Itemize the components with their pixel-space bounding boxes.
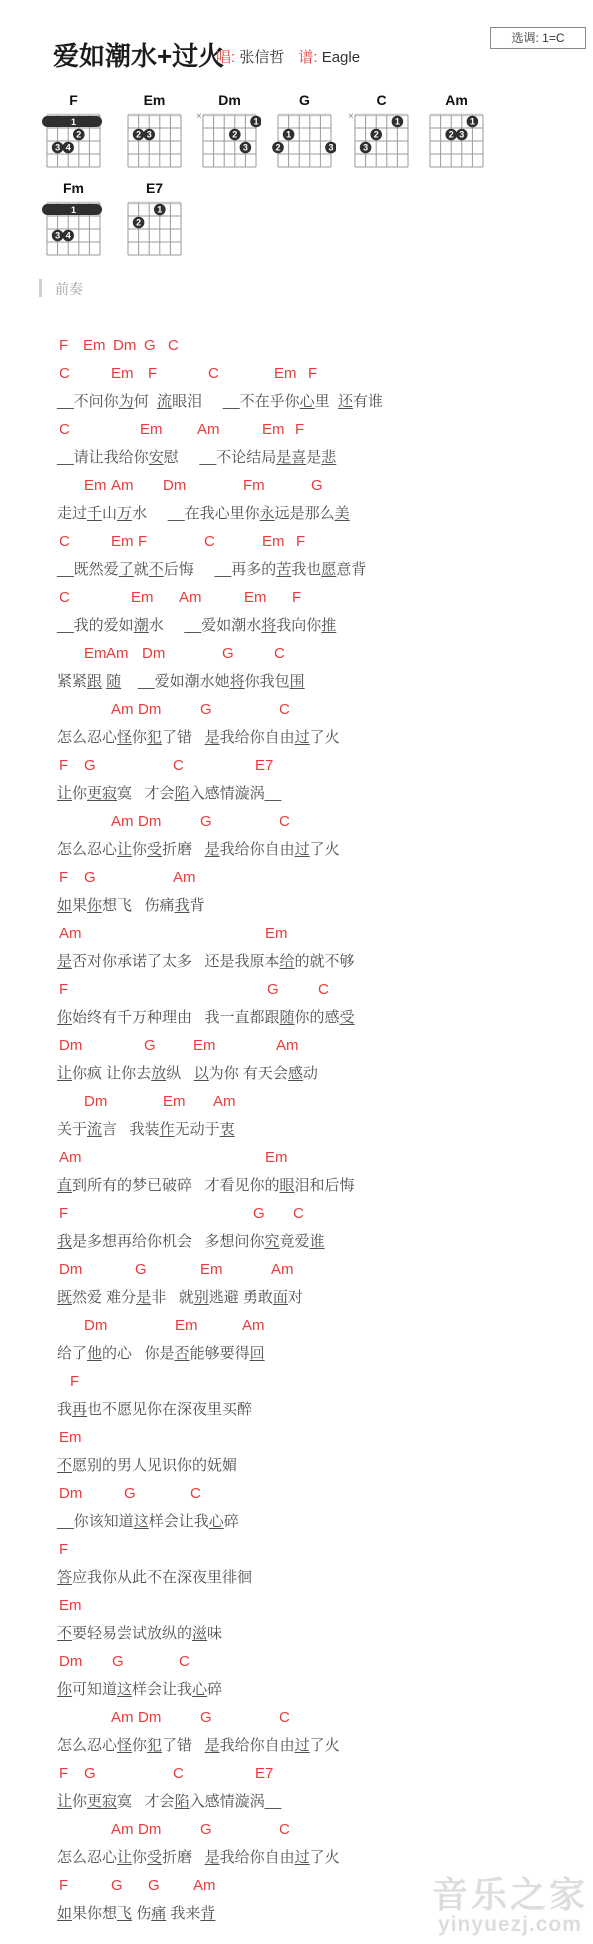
chord-C: C bbox=[279, 808, 290, 836]
lyric-segment: 悲 bbox=[321, 449, 336, 466]
transpose-key-button[interactable]: 选调: 1=C bbox=[490, 27, 586, 49]
chord-Am: Am bbox=[106, 640, 129, 668]
svg-text:2: 2 bbox=[275, 143, 280, 153]
chord-C: C bbox=[59, 360, 70, 388]
lyric-segment: 怎么忍心 bbox=[57, 1849, 117, 1866]
lyric-segment: 竟爱 bbox=[280, 1233, 310, 1250]
chord-diagram-G: G123 bbox=[270, 92, 336, 170]
svg-text:2: 2 bbox=[136, 218, 141, 228]
lyric-segment: 陷 bbox=[175, 785, 190, 802]
chord-G: G bbox=[112, 1648, 124, 1676]
svg-text:1: 1 bbox=[253, 117, 258, 127]
svg-text:E7: E7 bbox=[146, 180, 163, 196]
lyric-line: 怎么忍心怪你犯了错 是我给你自由过了火 bbox=[0, 724, 593, 752]
lyric-segment: 折磨 bbox=[162, 841, 205, 858]
lyric-segment: 陷 bbox=[175, 1793, 190, 1810]
chord-Em: Em bbox=[175, 1312, 198, 1340]
lyric-segment: 给了 bbox=[57, 1345, 87, 1362]
chord-Em: Em bbox=[111, 360, 134, 388]
lyric-segment: 了火 bbox=[310, 1849, 340, 1866]
lyric-segment: 让 bbox=[117, 1849, 132, 1866]
lyric-segment: 过 bbox=[295, 1737, 310, 1754]
chord-F: F bbox=[59, 1200, 68, 1228]
chord-Dm: Dm bbox=[138, 808, 161, 836]
svg-text:2: 2 bbox=[374, 130, 379, 140]
chord-line: F bbox=[0, 1368, 593, 1396]
lyric-segment: 是 bbox=[205, 841, 220, 858]
lyric-segment: 你 bbox=[132, 1849, 147, 1866]
chord-G: G bbox=[253, 1200, 265, 1228]
chord-C: C bbox=[279, 1816, 290, 1844]
svg-text:2: 2 bbox=[232, 130, 237, 140]
lyric-segment: 过 bbox=[295, 841, 310, 858]
lyric-segment: 滋 bbox=[192, 1625, 207, 1642]
lyric-segment: 更寂 bbox=[87, 1793, 117, 1810]
lyric-segment: 你疯 让你去 bbox=[72, 1065, 151, 1082]
lyric-segment: 紧紧 bbox=[57, 673, 87, 690]
lyric-segment: 有谁 bbox=[353, 393, 383, 410]
lyric-segment: 别 bbox=[194, 1289, 209, 1306]
lyric-segment: 美 bbox=[335, 505, 350, 522]
chord-C: C bbox=[204, 528, 215, 556]
lyric-line: __请让我给你安慰 __不论结局是喜是悲 bbox=[0, 444, 593, 472]
lyric-segment: 这 bbox=[117, 1681, 132, 1698]
lyric-segment: 你 bbox=[72, 1793, 87, 1810]
chord-Dm: Dm bbox=[138, 1816, 161, 1844]
lyric-segment: 关于 bbox=[57, 1121, 87, 1138]
lyric-segment: 我 bbox=[57, 1401, 72, 1418]
lyric-segment: 样会让我 bbox=[149, 1513, 209, 1530]
lyric-segment: 言 我装 bbox=[102, 1121, 160, 1138]
lyric-segment: 让 bbox=[57, 1793, 72, 1810]
lyric-segment: 了错 bbox=[162, 729, 205, 746]
chord-F: F bbox=[59, 1536, 68, 1564]
chord-G: G bbox=[200, 1704, 212, 1732]
chord-line: AmDmGC bbox=[0, 1816, 593, 1844]
chord-Em: Em bbox=[59, 1592, 82, 1620]
lyric-segment: 的就不够 bbox=[295, 953, 355, 970]
chord-F: F bbox=[59, 864, 68, 892]
chord-Dm: Dm bbox=[113, 332, 136, 360]
lyric-segment: 你我包 bbox=[245, 673, 290, 690]
svg-text:Em: Em bbox=[144, 92, 166, 108]
chord-F: F bbox=[59, 1872, 68, 1900]
lyric-segment: 要轻易尝试放纵的 bbox=[72, 1625, 192, 1642]
lyric-line: 如果你想飞 伤痛我背 bbox=[0, 892, 593, 920]
chord-Em: Em bbox=[193, 1032, 216, 1060]
lyric-segment: 可知道 bbox=[72, 1681, 117, 1698]
chord-C: C bbox=[173, 752, 184, 780]
lyric-line: __既然爱了就不后悔 __再多的苦我也愿意背 bbox=[0, 556, 593, 584]
chord-F: F bbox=[138, 528, 147, 556]
chord-Fm: Fm bbox=[243, 472, 265, 500]
chord-diagram-Fm: Fm134 bbox=[39, 180, 105, 258]
lyric-segment: 意背 bbox=[336, 561, 366, 578]
svg-text:1: 1 bbox=[157, 205, 162, 215]
lyric-segment: 伤 bbox=[132, 1905, 151, 1922]
lyric-segment: 心 bbox=[192, 1681, 207, 1698]
lyric-segment: 将 bbox=[230, 673, 245, 690]
chord-line: AmDmGC bbox=[0, 696, 593, 724]
lyric-segment: 是多想再给你机会 多想问你 bbox=[72, 1233, 265, 1250]
lyric-segment: 万 bbox=[117, 505, 132, 522]
chord-diagram-Am: Am123 bbox=[422, 92, 488, 170]
lyric-segment: 也不愿见你在深夜里买醉 bbox=[87, 1401, 252, 1418]
lyric-segment: 纵 bbox=[166, 1065, 194, 1082]
chord-line: FGC bbox=[0, 1200, 593, 1228]
lyric-segment: 心 bbox=[209, 1513, 224, 1530]
lyric-line: 直到所有的梦已破碎 才看见你的眼泪和后悔 bbox=[0, 1172, 593, 1200]
chord-F: F bbox=[59, 976, 68, 1004]
chord-Em: Em bbox=[83, 332, 106, 360]
lyric-segment: __不问你 bbox=[57, 393, 119, 410]
lyric-segment: 始终有千万种理由 我一直都跟 bbox=[72, 1009, 280, 1026]
chord-Dm: Dm bbox=[59, 1032, 82, 1060]
chord-G: G bbox=[267, 976, 279, 1004]
chord-G: G bbox=[135, 1256, 147, 1284]
chord-G: G bbox=[111, 1872, 123, 1900]
chord-C: C bbox=[293, 1200, 304, 1228]
svg-text:Fm: Fm bbox=[63, 180, 84, 196]
lyric-segment: 碎 bbox=[224, 1513, 239, 1530]
chord-Am: Am bbox=[213, 1088, 236, 1116]
chord-line: DmEmAm bbox=[0, 1088, 593, 1116]
chord-C: C bbox=[190, 1480, 201, 1508]
svg-text:3: 3 bbox=[147, 130, 152, 140]
lyric-segment: 潮 bbox=[134, 617, 149, 634]
chord-line: CEmAmEmF bbox=[0, 584, 593, 612]
chord-C: C bbox=[279, 696, 290, 724]
chord-Am: Am bbox=[179, 584, 202, 612]
lyric-segment: 我给你自由 bbox=[220, 1849, 295, 1866]
lyric-segment: 走过 bbox=[57, 505, 87, 522]
lyric-segment: 再 bbox=[72, 1401, 87, 1418]
chord-F: F bbox=[296, 528, 305, 556]
svg-text:4: 4 bbox=[66, 143, 71, 153]
chord-line: CEmAmEmF bbox=[0, 416, 593, 444]
lyric-segment: 我给你自由 bbox=[220, 841, 295, 858]
chord-Em: Em bbox=[111, 528, 134, 556]
chord-line: DmGC bbox=[0, 1480, 593, 1508]
svg-text:4: 4 bbox=[66, 231, 71, 241]
lyric-segment: 永 bbox=[260, 505, 275, 522]
chord-Dm: Dm bbox=[138, 1704, 161, 1732]
watermark: 音乐之家 yinyuezj.com bbox=[432, 1876, 588, 1936]
lyric-segment: 我 bbox=[57, 1233, 72, 1250]
lyric-segment: 逃避 勇敢 bbox=[209, 1289, 273, 1306]
svg-text:3: 3 bbox=[55, 231, 60, 241]
lyric-segment: 怎么忍心 bbox=[57, 841, 117, 858]
lyric-segment: 让 bbox=[57, 1065, 72, 1082]
lyric-segment: 了错 bbox=[162, 1737, 205, 1754]
chord-C: C bbox=[168, 332, 179, 360]
lyric-segment: 让 bbox=[57, 785, 72, 802]
lyric-segment: 飞 bbox=[117, 1905, 132, 1922]
chord-F: F bbox=[295, 416, 304, 444]
svg-text:2: 2 bbox=[449, 130, 454, 140]
lyric-segment: 安 bbox=[149, 449, 164, 466]
chord-line: CEmFCEmF bbox=[0, 360, 593, 388]
lyric-segment: 是 bbox=[205, 729, 220, 746]
chord-C: C bbox=[59, 528, 70, 556]
lyric-segment: 眼泪 __不在乎你 bbox=[172, 393, 300, 410]
lyric-segment: 是 bbox=[306, 449, 321, 466]
chord-line: FGAm bbox=[0, 864, 593, 892]
chord-E7: E7 bbox=[255, 1760, 273, 1788]
lyric-segment: 后悔 __再多的 bbox=[164, 561, 277, 578]
lyric-line: 给了他的心 你是否能够要得回 bbox=[0, 1340, 593, 1368]
lyric-segment: 是 bbox=[57, 953, 72, 970]
svg-text:1: 1 bbox=[470, 117, 475, 127]
chord-Dm: Dm bbox=[84, 1312, 107, 1340]
lyric-segment: 应我你从此不在深夜里徘徊 bbox=[72, 1569, 252, 1586]
lyric-segment: 背 bbox=[200, 1905, 215, 1922]
lyric-line: 怎么忍心让你受折磨 是我给你自由过了火 bbox=[0, 836, 593, 864]
lyric-segment: 犯 bbox=[147, 729, 162, 746]
lyric-segment: 否 bbox=[175, 1345, 190, 1362]
lyric-segment: 为 bbox=[119, 393, 134, 410]
chord-C: C bbox=[208, 360, 219, 388]
lyric-segment: 我向你 bbox=[276, 617, 321, 634]
chord-Dm: Dm bbox=[138, 696, 161, 724]
chord-Am: Am bbox=[111, 1816, 134, 1844]
chord-G: G bbox=[84, 1760, 96, 1788]
lyric-segment: 是 bbox=[205, 1849, 220, 1866]
chord-G: G bbox=[124, 1480, 136, 1508]
singer-label: 唱: bbox=[216, 49, 235, 66]
chord-Em: Em bbox=[265, 1144, 288, 1172]
lyric-line: 是否对你承诺了太多 还是我原本给的就不够 bbox=[0, 948, 593, 976]
chord-F: F bbox=[292, 584, 301, 612]
lyric-segment: 我给你自由 bbox=[220, 729, 295, 746]
chord-diagram-E7: E712 bbox=[120, 180, 186, 258]
chord-C: C bbox=[59, 584, 70, 612]
chord-line: EmAmDmFmG bbox=[0, 472, 593, 500]
lyric-segment: 过 bbox=[295, 1849, 310, 1866]
svg-text:3: 3 bbox=[363, 143, 368, 153]
lyric-segment: 水 __在我心里你 bbox=[132, 505, 260, 522]
lyric-line: 既然爱 难分是非 就别逃避 勇敢面对 bbox=[0, 1284, 593, 1312]
svg-text:3: 3 bbox=[55, 143, 60, 153]
lyric-segment: 果 bbox=[72, 897, 87, 914]
chord-Em: Em bbox=[244, 584, 267, 612]
lyric-line: 让你更寂寞 才会陷入感情漩涡__ bbox=[0, 1788, 593, 1816]
chord-line: AmEm bbox=[0, 1144, 593, 1172]
chord-Em: Em bbox=[274, 360, 297, 388]
chord-G: G bbox=[144, 332, 156, 360]
chord-Em: Em bbox=[262, 416, 285, 444]
lyric-line: 我是多想再给你机会 多想问你究竟爱谁 bbox=[0, 1228, 593, 1256]
lyric-segment: 泪和后悔 bbox=[295, 1177, 355, 1194]
chord-G: G bbox=[200, 808, 212, 836]
lyric-segment: 否对你承诺了太多 还是我原本 bbox=[72, 953, 280, 970]
chord-line: CEmFCEmF bbox=[0, 528, 593, 556]
lyric-segment: 作 bbox=[160, 1121, 175, 1138]
lyric-segment: __我的爱如 bbox=[57, 617, 134, 634]
chord-Am: Am bbox=[111, 808, 134, 836]
lyric-segment: 将 bbox=[261, 617, 276, 634]
lyric-line: 怎么忍心怪你犯了错 是我给你自由过了火 bbox=[0, 1732, 593, 1760]
chord-line: FGCE7 bbox=[0, 752, 593, 780]
lyric-line: 我再也不愿见你在深夜里买醉 bbox=[0, 1396, 593, 1424]
lyric-line: 让你更寂寞 才会陷入感情漩涡__ bbox=[0, 780, 593, 808]
chord-C: C bbox=[279, 1704, 290, 1732]
chord-Dm: Dm bbox=[142, 640, 165, 668]
lyric-segment: 怎么忍心 bbox=[57, 729, 117, 746]
chord-Am: Am bbox=[193, 1872, 216, 1900]
lyric-segment: 折磨 bbox=[162, 1849, 205, 1866]
chord-line: EmAmDmGC bbox=[0, 640, 593, 668]
lyric-segment: 我来 bbox=[166, 1905, 200, 1922]
lyric-segment: 更寂 bbox=[87, 785, 117, 802]
svg-text:1: 1 bbox=[71, 117, 76, 127]
chord-F: F bbox=[59, 332, 68, 360]
chord-line: AmEm bbox=[0, 920, 593, 948]
lyric-segment: 碎 bbox=[207, 1681, 222, 1698]
chord-Em: Em bbox=[140, 416, 163, 444]
lyric-segment: 这 bbox=[134, 1513, 149, 1530]
chord-C: C bbox=[318, 976, 329, 1004]
svg-text:3: 3 bbox=[243, 143, 248, 153]
chord-Dm: Dm bbox=[59, 1480, 82, 1508]
chord-G: G bbox=[84, 864, 96, 892]
chord-line: DmEmAm bbox=[0, 1312, 593, 1340]
lyric-segment: 心 bbox=[300, 393, 315, 410]
chord-F: F bbox=[308, 360, 317, 388]
lyric-segment: 以 bbox=[194, 1065, 209, 1082]
chord-diagram-Em: Em23 bbox=[120, 92, 186, 170]
chord-sheet-page: 爱如潮水+过火 唱: 张信哲谱: Eagle 选调: 1=C F1234Em23… bbox=[0, 0, 593, 1944]
lyric-segment: 犯 bbox=[147, 1737, 162, 1754]
lyric-segment: 我也 bbox=[291, 561, 321, 578]
lyric-segment: 随 bbox=[106, 673, 121, 690]
lyric-line: 答应我你从此不在深夜里徘徊 bbox=[0, 1564, 593, 1592]
chord-line: FEmDmGC bbox=[0, 332, 593, 360]
lyric-segment: 你 bbox=[132, 1737, 147, 1754]
svg-text:Am: Am bbox=[445, 92, 468, 108]
chord-line: AmDmGC bbox=[0, 808, 593, 836]
lyric-segment: 你 bbox=[72, 785, 87, 802]
chord-G: G bbox=[144, 1032, 156, 1060]
lyric-line: 你可知道这样会让我心碎 bbox=[0, 1676, 593, 1704]
svg-text:2: 2 bbox=[76, 130, 81, 140]
lyric-segment: 怎么忍心 bbox=[57, 1737, 117, 1754]
lyric-segment: 不 bbox=[149, 561, 164, 578]
arranger-label: 谱: bbox=[298, 49, 317, 66]
svg-text:1: 1 bbox=[395, 117, 400, 127]
lyric-segment: 了火 bbox=[310, 841, 340, 858]
lyric-segment: 直 bbox=[57, 1177, 72, 1194]
lyric-segment: 你 bbox=[87, 897, 102, 914]
lyric-segment: 入感情漩涡__ bbox=[190, 785, 282, 802]
lyric-segment: 围 bbox=[290, 673, 305, 690]
lyric-segment: 谁 bbox=[310, 1233, 325, 1250]
lyric-segment: 怪 bbox=[117, 729, 132, 746]
chord-Am: Am bbox=[271, 1256, 294, 1284]
lyric-segment: 想飞 伤痛 bbox=[102, 897, 175, 914]
lyric-segment: 随 bbox=[280, 1009, 295, 1026]
lyric-line: 让你疯 让你去放纵 以为你 有天会感动 bbox=[0, 1060, 593, 1088]
lyric-segment: 愿 bbox=[321, 561, 336, 578]
lyric-segment: 到所有的梦已破碎 才看见你的 bbox=[72, 1177, 280, 1194]
lyric-segment: 然爱 难分 bbox=[72, 1289, 136, 1306]
lyric-line: 怎么忍心让你受折磨 是我给你自由过了火 bbox=[0, 1844, 593, 1872]
chord-Am: Am bbox=[197, 416, 220, 444]
svg-text:3: 3 bbox=[328, 143, 333, 153]
lyric-line: 不要轻易尝试放纵的滋味 bbox=[0, 1620, 593, 1648]
lyric-segment: 答 bbox=[57, 1569, 72, 1586]
lyric-segment: 衷 bbox=[220, 1121, 235, 1138]
lyric-segment: 里 bbox=[315, 393, 338, 410]
lyric-line: 紧紧跟 随 __爱如潮水她将你我包围 bbox=[0, 668, 593, 696]
lyric-segment: 你 bbox=[57, 1681, 72, 1698]
svg-text:1: 1 bbox=[286, 130, 291, 140]
chord-G: G bbox=[311, 472, 323, 500]
lyric-segment: 你的感 bbox=[295, 1009, 340, 1026]
watermark-url: yinyuezj.com bbox=[432, 1914, 588, 1936]
lyric-segment: 如 bbox=[57, 1905, 72, 1922]
lyric-segment: 是喜 bbox=[276, 449, 306, 466]
lyric-segment: 愿别的男人见识你的妩媚 bbox=[72, 1457, 237, 1474]
lyric-segment: 果你想 bbox=[72, 1905, 117, 1922]
lyric-segment: 跟 bbox=[87, 673, 102, 690]
lyric-segment: 山 bbox=[102, 505, 117, 522]
lyric-segment: 眼 bbox=[280, 1177, 295, 1194]
chord-line: F bbox=[0, 1536, 593, 1564]
lyric-segment: 如 bbox=[57, 897, 72, 914]
lyric-segment: 能够要得 bbox=[190, 1345, 250, 1362]
chord-Am: Am bbox=[276, 1032, 299, 1060]
lyric-segment: 慰 __不论结局 bbox=[164, 449, 277, 466]
chord-C: C bbox=[179, 1648, 190, 1676]
svg-text:×: × bbox=[348, 111, 354, 122]
lyric-segment: 远是那么 bbox=[275, 505, 335, 522]
svg-text:1: 1 bbox=[71, 205, 76, 215]
chord-Am: Am bbox=[111, 1704, 134, 1732]
lyric-segment: 非 就 bbox=[151, 1289, 194, 1306]
lyric-segment: 入感情漩涡__ bbox=[190, 1793, 282, 1810]
chord-G: G bbox=[222, 640, 234, 668]
chord-Em: Em bbox=[163, 1088, 186, 1116]
svg-text:3: 3 bbox=[459, 130, 464, 140]
lyric-segment: 是 bbox=[136, 1289, 151, 1306]
lyric-line: 走过千山万水 __在我心里你永远是那么美 bbox=[0, 500, 593, 528]
chord-line: FGC bbox=[0, 976, 593, 1004]
lyric-segment: 水 __爱如潮水 bbox=[149, 617, 262, 634]
chord-Em: Em bbox=[84, 640, 107, 668]
lyric-segment: 了火 bbox=[310, 1737, 340, 1754]
lyric-segment: 就 bbox=[134, 561, 149, 578]
svg-text:Dm: Dm bbox=[218, 92, 241, 108]
chord-line: Em bbox=[0, 1592, 593, 1620]
lyric-segment: 了火 bbox=[310, 729, 340, 746]
chord-Em: Em bbox=[265, 920, 288, 948]
lyric-segment: 无动于 bbox=[175, 1121, 220, 1138]
lyric-segment: 过 bbox=[295, 729, 310, 746]
chord-G: G bbox=[148, 1872, 160, 1900]
lyric-segment: 受 bbox=[340, 1009, 355, 1026]
lyric-segment: 样会让我 bbox=[132, 1681, 192, 1698]
lyric-segment: __请让我给你 bbox=[57, 449, 149, 466]
section-bar bbox=[39, 279, 42, 297]
lyric-segment: 流 bbox=[87, 1121, 102, 1138]
lyric-segment: 面 bbox=[273, 1289, 288, 1306]
chord-F: F bbox=[59, 1760, 68, 1788]
lyric-segment: 不 bbox=[57, 1625, 72, 1642]
chord-Am: Am bbox=[111, 472, 134, 500]
lyric-segment: 回 bbox=[250, 1345, 265, 1362]
lyric-segment: 放 bbox=[151, 1065, 166, 1082]
